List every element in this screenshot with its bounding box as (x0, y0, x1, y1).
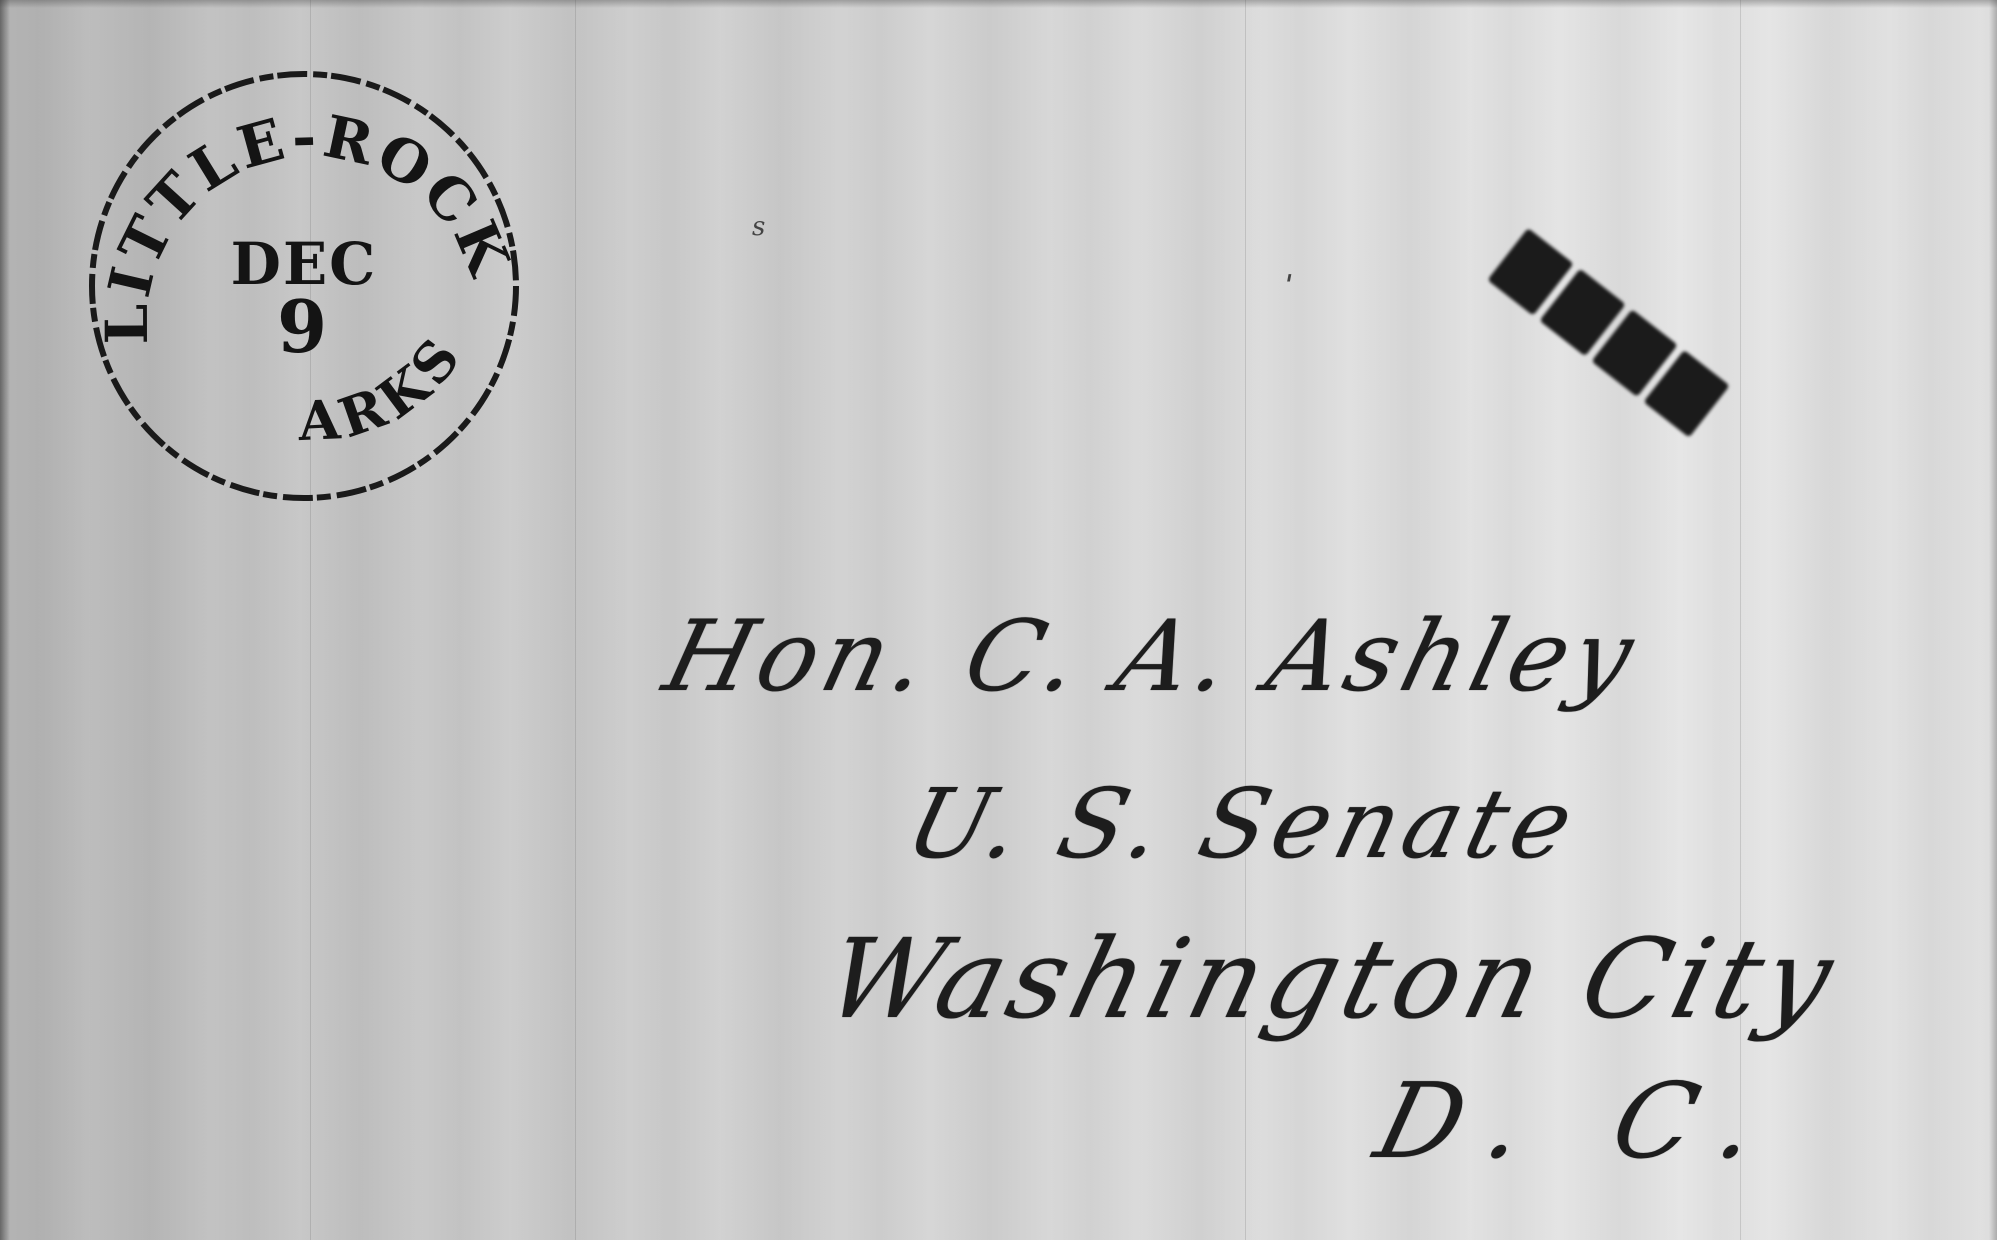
top-edge-shadow (0, 0, 1997, 8)
rate-handstamp (1485, 228, 1741, 449)
envelope-cover: LITTLE-ROCK ARKS. DEC 9 s ˈ Hon. C. A. A… (0, 0, 1997, 1240)
addressee-office: U. S. Senate (896, 768, 1589, 880)
stray-pen-mark: s (752, 212, 765, 242)
right-edge-shadow (1989, 0, 1997, 1240)
paper-fold-line (1740, 0, 1741, 1240)
addressee-name: Hon. C. A. Ashley (654, 600, 1650, 714)
paper-fold-line (575, 0, 576, 1240)
address-district: D. C. (1365, 1060, 1800, 1182)
circular-postmark: LITTLE-ROCK ARKS. DEC 9 (80, 62, 528, 510)
stray-pen-mark: ˈ (1285, 270, 1293, 305)
postmark-stamp-icon: LITTLE-ROCK ARKS. DEC 9 (80, 62, 528, 510)
address-city: Washington City (814, 915, 1851, 1043)
postmark-day: 9 (277, 284, 327, 369)
left-edge-shadow (0, 0, 10, 1240)
